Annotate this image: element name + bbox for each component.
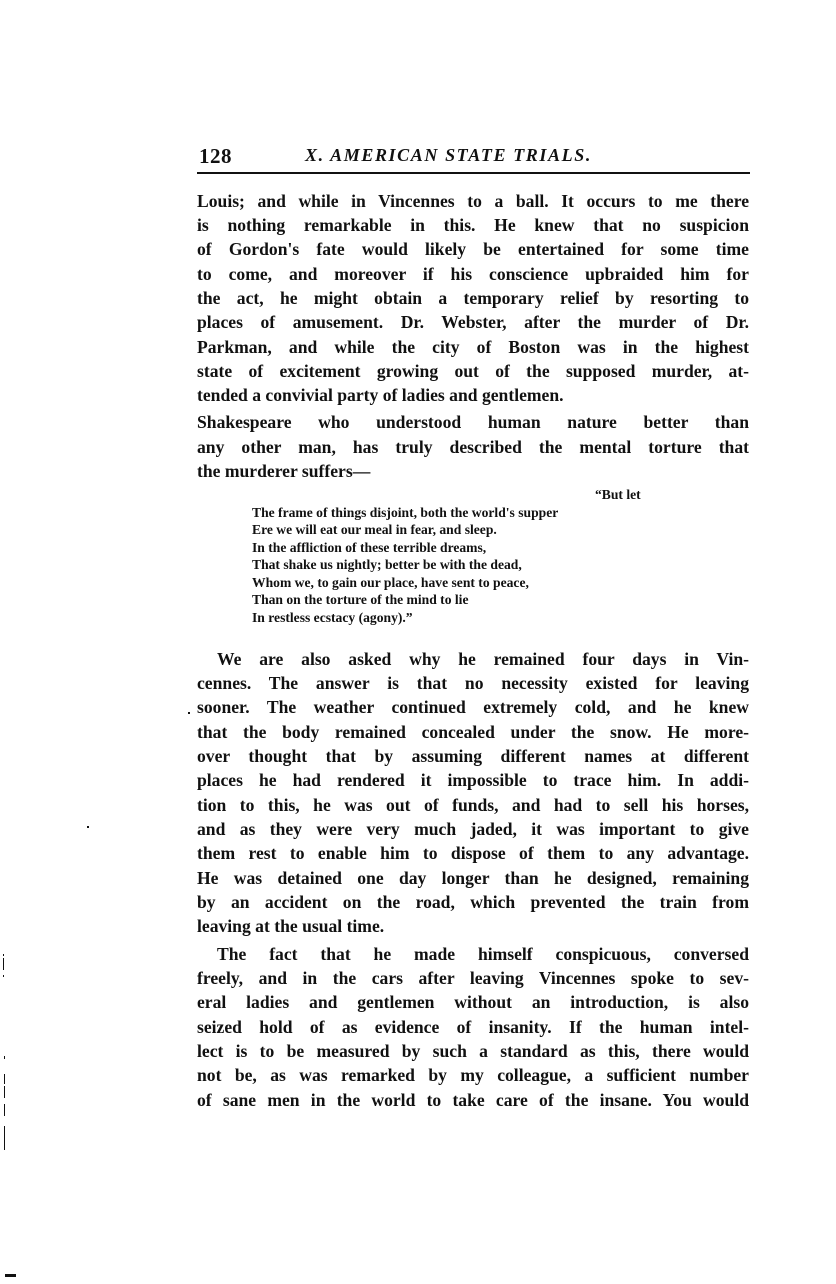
- text-line: Parkman, and while the city of Boston wa…: [197, 336, 749, 358]
- text-line: places he had rendered it impossible to …: [197, 769, 749, 791]
- verse-line: In the affliction of these terrible drea…: [252, 540, 486, 555]
- verse-line: The frame of things disjoint, both the w…: [252, 505, 558, 520]
- scan-line: [4, 1074, 5, 1084]
- verse-opening: “But let: [595, 487, 641, 502]
- book-page: 128 X. AMERICAN STATE TRIALS. Louis; and…: [0, 0, 836, 1284]
- scan-speck: [3, 975, 4, 977]
- text-line: is nothing remarkable in this. He knew t…: [197, 214, 749, 236]
- text-line: We are also asked why he remained four d…: [217, 648, 749, 670]
- text-line: Louis; and while in Vincennes to a ball.…: [197, 190, 749, 212]
- text-line: He was detained one day longer than he d…: [197, 867, 749, 889]
- text-line: cennes. The answer is that no necessity …: [197, 672, 749, 694]
- scan-line: [3, 958, 4, 970]
- scan-speck: [4, 1056, 5, 1059]
- text-line: them rest to enable him to dispose of th…: [197, 842, 749, 864]
- text-line: lect is to be measured by such a standar…: [197, 1040, 749, 1062]
- verse-line: That shake us nightly; better be with th…: [252, 557, 522, 572]
- scan-line: [4, 1104, 5, 1116]
- scan-speck: [188, 712, 190, 714]
- text-line: to come, and moreover if his conscience …: [197, 263, 749, 285]
- text-line: of Gordon's fate would likely be enterta…: [197, 238, 749, 260]
- verse-line: In restless ecstacy (agony).”: [252, 610, 413, 625]
- text-line: Shakespeare who understood human nature …: [197, 411, 749, 433]
- scan-speck: [3, 954, 4, 956]
- text-line: by an accident on the road, which preven…: [197, 891, 749, 913]
- text-line: the act, he might obtain a temporary rel…: [197, 287, 749, 309]
- text-line: over thought that by assuming different …: [197, 745, 749, 767]
- text-line: tion to this, he was out of funds, and h…: [197, 794, 749, 816]
- text-line: leaving at the usual time.: [197, 915, 749, 937]
- verse-line: Than on the torture of the mind to lie: [252, 592, 469, 607]
- text-line: sooner. The weather continued extremely …: [197, 696, 749, 718]
- page-header: 128 X. AMERICAN STATE TRIALS.: [197, 140, 749, 170]
- running-head: X. AMERICAN STATE TRIALS.: [305, 145, 592, 166]
- text-line: seized hold of as evidence of insanity. …: [197, 1016, 749, 1038]
- text-line: The fact that he made himself conspicuou…: [217, 943, 749, 965]
- text-line: the murderer suffers—: [197, 460, 749, 482]
- verse-line: Ere we will eat our meal in fear, and sl…: [252, 522, 497, 537]
- scan-line: [4, 1126, 5, 1150]
- scan-blot: [5, 1274, 16, 1277]
- page-number: 128: [199, 144, 232, 169]
- header-rule: [197, 172, 750, 174]
- text-line: tended a convivial party of ladies and g…: [197, 384, 749, 406]
- text-line: eral ladies and gentlemen without an int…: [197, 991, 749, 1013]
- text-line: freely, and in the cars after leaving Vi…: [197, 967, 749, 989]
- text-line: not be, as was remarked by my colleague,…: [197, 1064, 749, 1086]
- text-line: places of amusement. Dr. Webster, after …: [197, 311, 749, 333]
- verse-line: Whom we, to gain our place, have sent to…: [252, 575, 529, 590]
- text-line: state of excitement growing out of the s…: [197, 360, 749, 382]
- text-line: that the body remained concealed under t…: [197, 721, 749, 743]
- scan-speck: [87, 826, 89, 828]
- scan-line: [4, 1086, 5, 1098]
- text-line: of sane men in the world to take care of…: [197, 1089, 749, 1111]
- text-line: and as they were very much jaded, it was…: [197, 818, 749, 840]
- text-line: any other man, has truly described the m…: [197, 436, 749, 458]
